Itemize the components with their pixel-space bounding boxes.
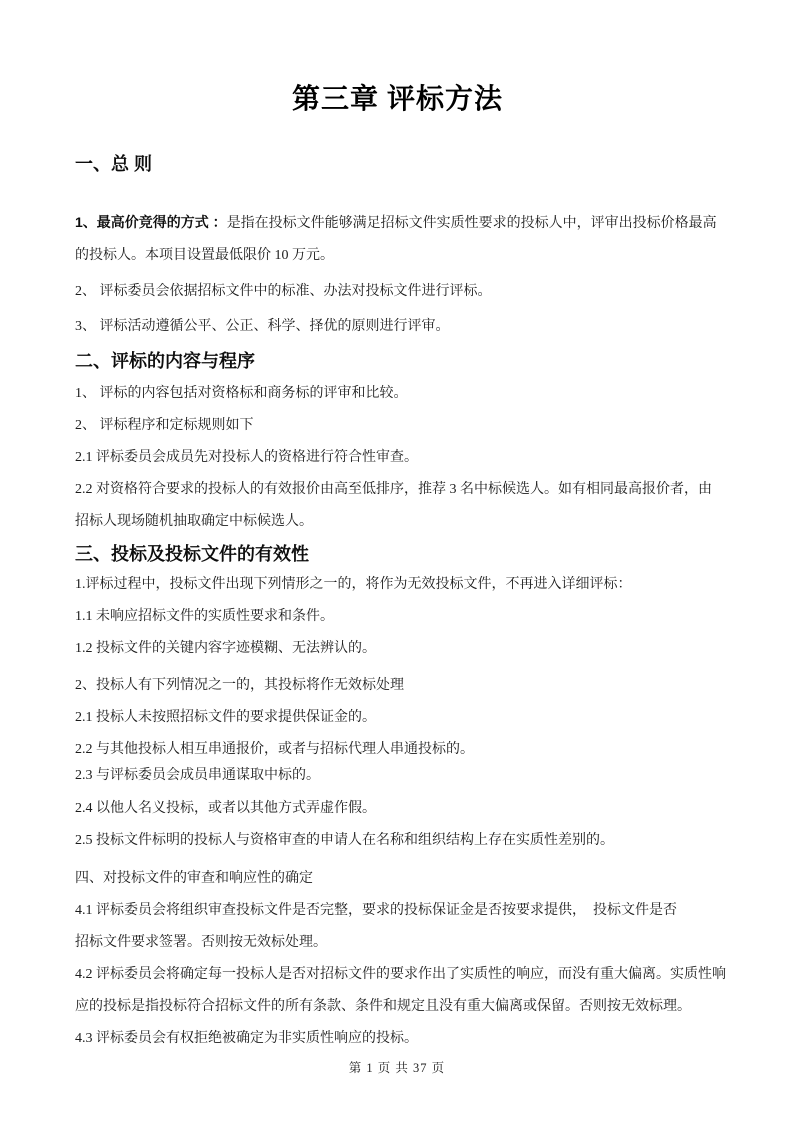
paragraph-line: 招标文件要求签署。否则按无效标处理。 [75,927,720,959]
paragraph-line: 2、 评标委员会依据招标文件中的标准、办法对投标文件进行评标。 [75,276,720,308]
paragraph-line: 2、 评标程序和定标规则如下 [75,410,720,442]
paragraph-line: 4.2 评标委员会将确定每一投标人是否对招标文件的要求作出了实质性的响应，而没有… [75,959,720,991]
paragraph-line: 2、投标人有下列情况之一的，其投标将作无效标处理 [75,670,720,702]
paragraph-line: 2.2 对资格符合要求的投标人的有效报价由高至低排序，推荐 3 名中标候选人。如… [75,474,720,506]
section-4-heading: 四、对投标文件的审查和响应性的确定 [75,863,720,895]
paragraph-line: 3、 评标活动遵循公平、公正、科学、择优的原则进行评审。 [75,311,720,343]
paragraph-line: 2.1 评标委员会成员先对投标人的资格进行符合性审查。 [75,442,720,474]
paragraph-line: 4.3 评标委员会有权拒绝被确定为非实质性响应的投标。 [75,1023,720,1055]
paragraph-line: 1.1 未响应招标文件的实质性要求和条件。 [75,601,720,633]
paragraph-line: 招标人现场随机抽取确定中标候选人。 [75,506,720,538]
paragraph-line: 1.2 投标文件的关键内容字迹模糊、无法辨认的。 [75,633,720,665]
bold-lead-text: 1、最高价竞得的方式 ： [75,214,227,230]
paragraph-line: 4.1 评标委员会将组织审查投标文件是否完整，要求的投标保证金是否按要求提供， … [75,895,720,927]
paragraph-line: 2.1 投标人未按照招标文件的要求提供保证金的。 [75,702,720,734]
section-2-heading: 二、评标的内容与程序 [75,346,720,376]
paragraph-line: 的投标人。本项目设置最低限价 10 万元。 [75,240,720,272]
section-1-heading: 一、总 则 [75,149,720,179]
paragraph-line: 2.4 以他人名义投标，或者以其他方式弄虚作假。 [75,793,720,825]
paragraph-line: 1.评标过程中，投标文件出现下列情形之一的，将作为无效投标文件，不再进入详细评标… [75,569,720,601]
page-number: 第 1 页 共 37 页 [0,1056,794,1080]
page-title: 第三章 评标方法 [75,82,720,118]
paragraph-line: 应的投标是指投标符合招标文件的所有条款、条件和规定且没有重大偏离或保留。否则按无… [75,991,720,1023]
paragraph-line: 1、最高价竞得的方式 ：是指在投标文件能够满足招标文件实质性要求的投标人中，评审… [75,206,720,240]
section-3-heading: 三、投标及投标文件的有效性 [75,539,720,569]
paragraph-line: 1、 评标的内容包括对资格标和商务标的评审和比较。 [75,378,720,410]
document-page: 第三章 评标方法 一、总 则 1、最高价竞得的方式 ：是指在投标文件能够满足招标… [0,0,794,1123]
paragraph-text: 是指在投标文件能够满足招标文件实质性要求的投标人中，评审出投标价格最高 [227,216,717,231]
paragraph-line: 2.5 投标文件标明的投标人与资格审查的申请人在名称和组织结构上存在实质性差别的… [75,825,720,857]
